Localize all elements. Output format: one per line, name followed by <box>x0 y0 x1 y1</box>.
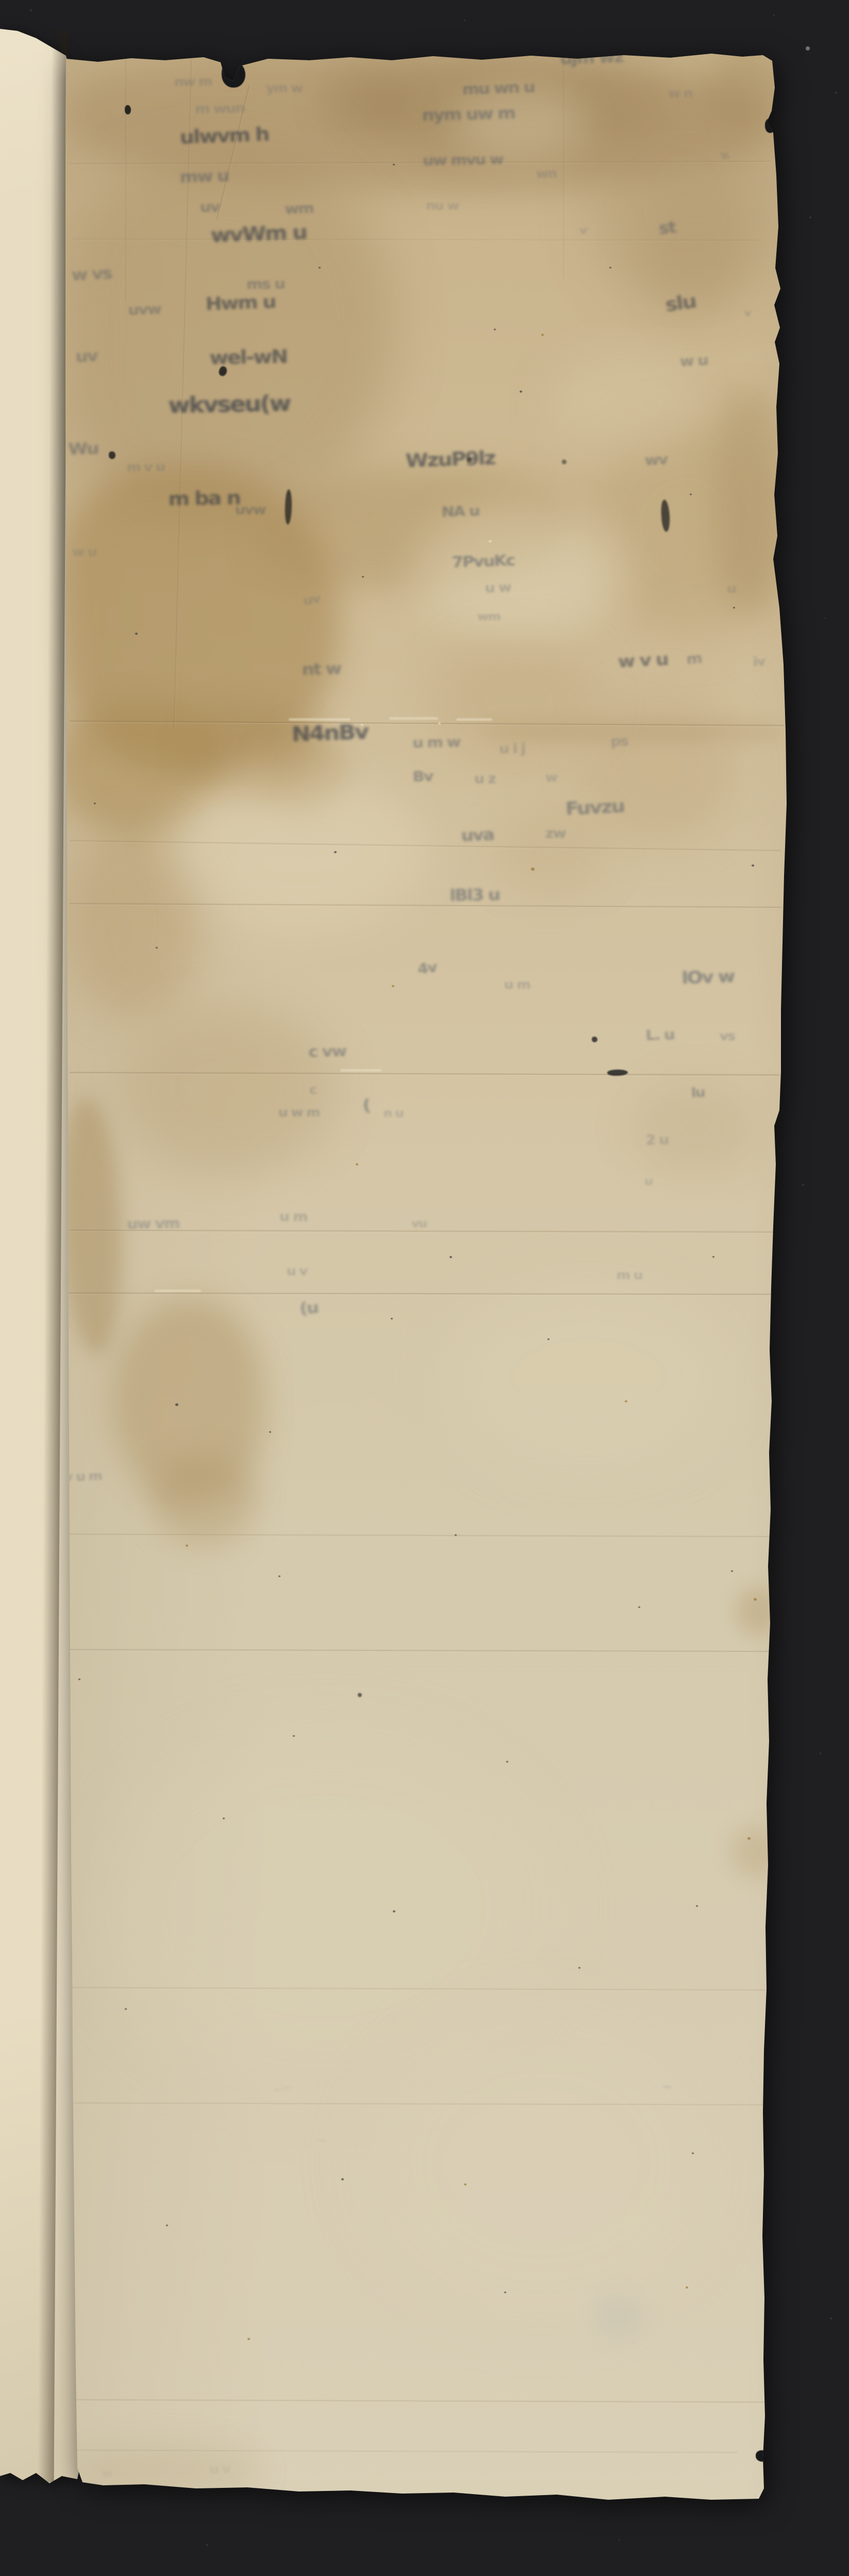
paper-speck <box>38 2472 46 2479</box>
backdrop-speck <box>830 2317 832 2319</box>
ink-bleedthrough-mark: Nv <box>584 27 613 50</box>
backdrop-speck <box>820 1753 821 1754</box>
backdrop-speck <box>835 92 837 94</box>
backdrop-speck <box>825 617 826 619</box>
edge-vignette <box>0 0 849 2576</box>
backdrop-speck <box>773 14 775 16</box>
backdrop-speck <box>806 46 810 50</box>
manuscript-leaf-wrap: Nvujm wznw mym wmu wn uw nm wunnym uw mu… <box>0 0 849 2576</box>
backdrop-speck <box>802 1184 804 1186</box>
backdrop-speck <box>464 20 465 21</box>
backdrop-speck <box>809 216 811 218</box>
backdrop-speck <box>619 2539 620 2540</box>
manuscript-scan-scene: Nvujm wznw mym wmu wn uw nm wunnym uw mu… <box>0 0 849 2576</box>
backdrop-speck <box>206 2544 208 2546</box>
backdrop-speck <box>30 9 32 11</box>
manuscript-leaf: Nvujm wznw mym wmu wn uw nm wunnym uw mu… <box>0 0 849 2576</box>
